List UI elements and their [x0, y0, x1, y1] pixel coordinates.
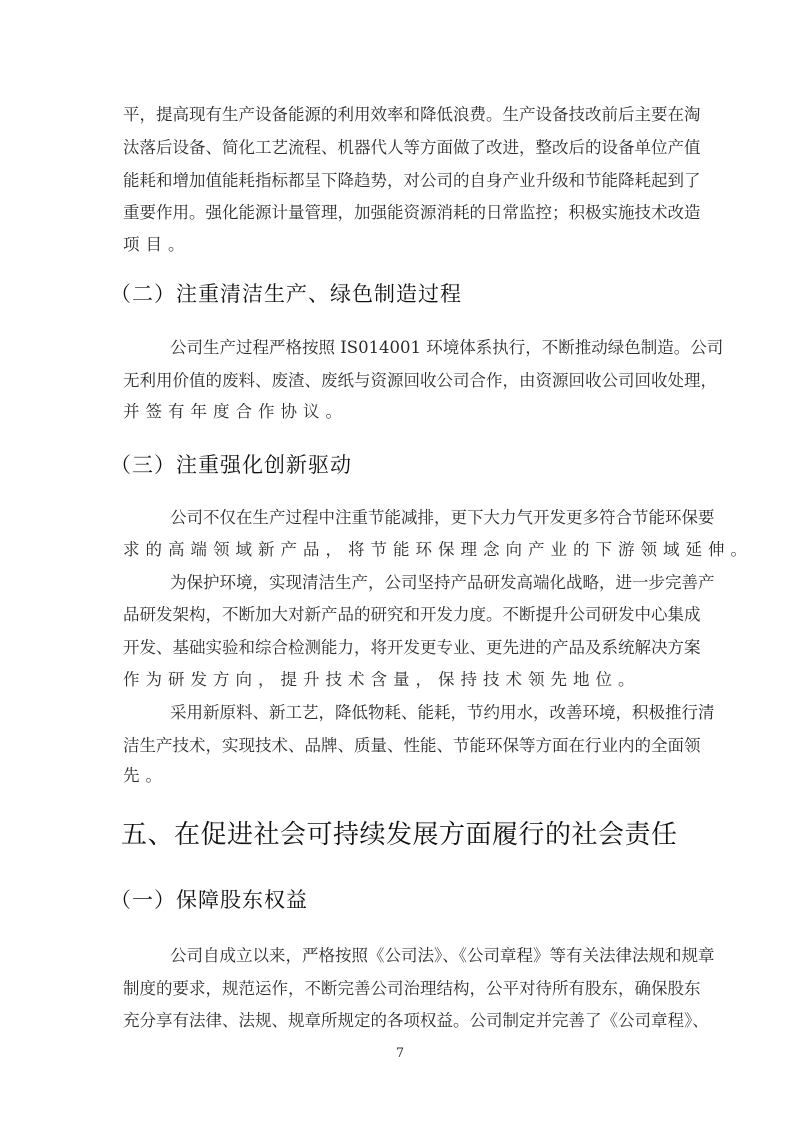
- paragraph-line: 开发、基础实验和综合检测能力，将开发更专业、更先进的产品及系统解决方案: [123, 633, 683, 663]
- paragraph-line: 能耗和增加值能耗指标都呈下降趋势，对公司的自身产业升级和节能降耗起到了: [123, 166, 683, 196]
- paragraph-line: 项目。: [123, 230, 683, 260]
- paragraph-line: 无利用价值的废料、废渣、废纸与资源回收公司合作，由资源回收公司回收处理，: [123, 366, 683, 396]
- paragraph-line: 并签有年度合作协议。: [123, 397, 683, 427]
- paragraph-line: 充分享有法律、法规、规章所规定的各项权益。公司制定并完善了《公司章程》、: [123, 1006, 683, 1036]
- paragraph-line: 公司生产过程严格按照 IS014001 环境体系执行，不断推动绿色制造。公司: [170, 333, 683, 363]
- paragraph-line: 作为研发方向，提升技术含量，保持技术领先地位。: [123, 665, 683, 695]
- section-heading: （三）注重强化创新驱动: [110, 448, 352, 482]
- paragraph-line: 先。: [123, 761, 683, 791]
- paragraph-line: 公司自成立以来，严格按照《公司法》、《公司章程》等有关法律法规和规章: [170, 941, 683, 971]
- paragraph-line: 公司不仅在生产过程中注重节能减排，更下大力气开发更多符合节能环保要: [170, 503, 683, 533]
- paragraph-line: 汰落后设备、简化工艺流程、机器代人等方面做了改进，整改后的设备单位产值: [123, 133, 683, 163]
- page-number: 7: [390, 1046, 410, 1061]
- section-heading: （一）保障股东权益: [110, 883, 308, 917]
- paragraph-line: 为保护环境，实现清洁生产，公司坚持产品研发高端化战略，进一步完善产: [170, 568, 683, 598]
- paragraph-line: 品研发架构，不断加大对新产品的研究和开发力度。不断提升公司研发中心集成: [123, 600, 683, 630]
- section-heading: （二）注重清洁生产、绿色制造过程: [110, 277, 462, 311]
- document-page: 平，提高现有生产设备能源的利用效率和降低浪费。生产设备技改前后主要在淘 汰落后设…: [0, 0, 800, 1131]
- paragraph-line: 采用新原料、新工艺，降低物耗、能耗，节约用水，改善环境，积极推行清: [170, 698, 683, 728]
- paragraph-line: 平，提高现有生产设备能源的利用效率和降低浪费。生产设备技改前后主要在淘: [123, 100, 683, 130]
- paragraph-line: 洁生产技术，实现技术、品牌、质量、性能、节能环保等方面在行业内的全面领: [123, 731, 683, 761]
- chapter-heading: 五、在促进社会可持续发展方面履行的社会责任: [121, 815, 678, 855]
- paragraph-line: 制度的要求，规范运作，不断完善公司治理结构，公平对待所有股东，确保股东: [123, 974, 683, 1004]
- paragraph-line: 重要作用。强化能源计量管理，加强能资源消耗的日常监控；积极实施技术改造: [123, 198, 683, 228]
- paragraph-line: 求的高端领域新产品，将节能环保理念向产业的下游领域延伸。: [123, 535, 683, 565]
